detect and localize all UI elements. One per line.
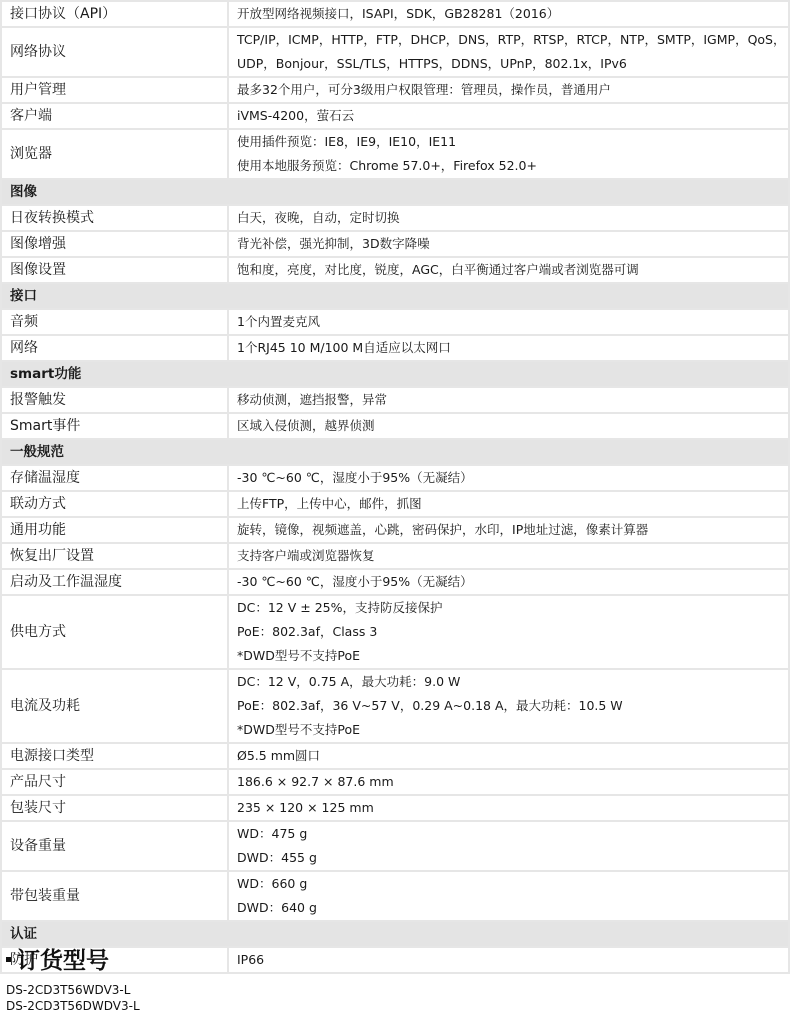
spec-label: Smart事件 [1,413,228,439]
table-row: 电流及功耗DC：12 V，0.75 A，最大功耗：9.0 WPoE：802.3a… [1,669,789,743]
table-row: 包装尺寸235 × 120 × 125 mm [1,795,789,821]
table-row: 音频1个内置麦克风 [1,309,789,335]
spec-value: 最多32个用户，可分3级用户权限管理：管理员，操作员，普通用户 [228,77,789,103]
table-row: 启动及工作温湿度-30 ℃~60 ℃，湿度小于95%（无凝结） [1,569,789,595]
spec-label: 电源接口类型 [1,743,228,769]
order-title: 订货型号 [6,946,140,976]
spec-value: Ø5.5 mm圆口 [228,743,789,769]
spec-label: 客户端 [1,103,228,129]
spec-label: 图像增强 [1,231,228,257]
spec-value: 白天，夜晚，自动，定时切换 [228,205,789,231]
spec-value-line: 186.6 × 92.7 × 87.6 mm [237,770,788,794]
spec-value-line: 饱和度，亮度，对比度，锐度，AGC，白平衡通过客户端或者浏览器可调 [237,258,788,282]
spec-value: 支持客户端或浏览器恢复 [228,543,789,569]
table-row: 网络协议TCP/IP，ICMP，HTTP，FTP，DHCP，DNS，RTP，RT… [1,27,789,77]
table-row: 产品尺寸186.6 × 92.7 × 87.6 mm [1,769,789,795]
spec-value-line: iVMS-4200，萤石云 [237,104,788,128]
section-header-row: 接口 [1,283,789,309]
spec-label: 包装尺寸 [1,795,228,821]
spec-value-line: TCP/IP，ICMP，HTTP，FTP，DHCP，DNS，RTP，RTSP，R… [237,28,788,52]
section-header-row: 认证 [1,921,789,947]
spec-value-line: PoE：802.3af，36 V~57 V，0.29 A~0.18 A，最大功耗… [237,694,788,718]
spec-label: 通用功能 [1,517,228,543]
spec-value: 移动侦测，遮挡报警，异常 [228,387,789,413]
spec-value-line: 上传FTP，上传中心，邮件，抓图 [237,492,788,516]
section-title: 认证 [1,921,789,947]
spec-value: 1个RJ45 10 M/100 M自适应以太网口 [228,335,789,361]
spec-value-line: -30 ℃~60 ℃，湿度小于95%（无凝结） [237,466,788,490]
spec-value-line: 开放型网络视频接口，ISAPI，SDK，GB28281（2016） [237,2,788,26]
spec-label: 设备重量 [1,821,228,871]
spec-value: 旋转，镜像，视频遮盖，心跳，密码保护，水印，IP地址过滤，像素计算器 [228,517,789,543]
table-row: 设备重量WD：475 gDWD：455 g [1,821,789,871]
section-title: 一般规范 [1,439,789,465]
spec-value: TCP/IP，ICMP，HTTP，FTP，DHCP，DNS，RTP，RTSP，R… [228,27,789,77]
table-row: 用户管理最多32个用户，可分3级用户权限管理：管理员，操作员，普通用户 [1,77,789,103]
spec-value: IP66 [228,947,789,973]
spec-value: 使用插件预览：IE8，IE9，IE10，IE11使用本地服务预览：Chrome … [228,129,789,179]
table-row: 供电方式DC：12 V ± 25%，支持防反接保护PoE：802.3af，Cla… [1,595,789,669]
spec-value-line: WD：475 g [237,822,788,846]
spec-value-line: 235 × 120 × 125 mm [237,796,788,820]
spec-value: 饱和度，亮度，对比度，锐度，AGC，白平衡通过客户端或者浏览器可调 [228,257,789,283]
spec-value-line: PoE：802.3af，Class 3 [237,620,788,644]
spec-value: DC：12 V，0.75 A，最大功耗：9.0 WPoE：802.3af，36 … [228,669,789,743]
table-row: 日夜转换模式白天，夜晚，自动，定时切换 [1,205,789,231]
table-row: 带包装重量WD：660 gDWD：640 g [1,871,789,921]
spec-table: 接口协议（API）开放型网络视频接口，ISAPI，SDK，GB28281（201… [0,0,790,974]
spec-value: -30 ℃~60 ℃，湿度小于95%（无凝结） [228,569,789,595]
spec-value-line: 白天，夜晚，自动，定时切换 [237,206,788,230]
section-title: 接口 [1,283,789,309]
spec-label: 网络协议 [1,27,228,77]
spec-value: 186.6 × 92.7 × 87.6 mm [228,769,789,795]
spec-label: 接口协议（API） [1,1,228,27]
spec-value: DC：12 V ± 25%，支持防反接保护PoE：802.3af，Class 3… [228,595,789,669]
spec-value-line: 区域入侵侦测，越界侦测 [237,414,788,438]
spec-value-line: 支持客户端或浏览器恢复 [237,544,788,568]
spec-value-line: 1个RJ45 10 M/100 M自适应以太网口 [237,336,788,360]
table-row: 图像增强背光补偿，强光抑制，3D数字降噪 [1,231,789,257]
spec-value: 背光补偿，强光抑制，3D数字降噪 [228,231,789,257]
table-row: 通用功能旋转，镜像，视频遮盖，心跳，密码保护，水印，IP地址过滤，像素计算器 [1,517,789,543]
table-row: 图像设置饱和度，亮度，对比度，锐度，AGC，白平衡通过客户端或者浏览器可调 [1,257,789,283]
spec-value: WD：475 gDWD：455 g [228,821,789,871]
spec-label: 联动方式 [1,491,228,517]
spec-value: WD：660 gDWD：640 g [228,871,789,921]
spec-value-line: 使用插件预览：IE8，IE9，IE10，IE11 [237,130,788,154]
spec-value-line: DWD：640 g [237,896,788,920]
table-row: 恢复出厂设置支持客户端或浏览器恢复 [1,543,789,569]
spec-value-line: *DWD型号不支持PoE [237,718,788,742]
spec-label: 带包装重量 [1,871,228,921]
table-row: 网络1个RJ45 10 M/100 M自适应以太网口 [1,335,789,361]
spec-value-line: Ø5.5 mm圆口 [237,744,788,768]
spec-value-line: UDP，Bonjour，SSL/TLS，HTTPS，DDNS，UPnP，802.… [237,52,788,76]
spec-value-line: 最多32个用户，可分3级用户权限管理：管理员，操作员，普通用户 [237,78,788,102]
model-item: DS-2CD3T56DWDV3-L [6,998,140,1014]
spec-label: 日夜转换模式 [1,205,228,231]
table-row: 浏览器使用插件预览：IE8，IE9，IE10，IE11使用本地服务预览：Chro… [1,129,789,179]
spec-value-line: 旋转，镜像，视频遮盖，心跳，密码保护，水印，IP地址过滤，像素计算器 [237,518,788,542]
table-row: Smart事件区域入侵侦测，越界侦测 [1,413,789,439]
model-item: DS-2CD3T56WDV3-L [6,982,140,998]
table-row: 存储温湿度-30 ℃~60 ℃，湿度小于95%（无凝结） [1,465,789,491]
spec-value: iVMS-4200，萤石云 [228,103,789,129]
table-row: 客户端iVMS-4200，萤石云 [1,103,789,129]
spec-label: 图像设置 [1,257,228,283]
spec-label: 存储温湿度 [1,465,228,491]
spec-value-line: *DWD型号不支持PoE [237,644,788,668]
spec-value-line: DC：12 V，0.75 A，最大功耗：9.0 W [237,670,788,694]
spec-value: -30 ℃~60 ℃，湿度小于95%（无凝结） [228,465,789,491]
spec-label: 电流及功耗 [1,669,228,743]
section-title: smart功能 [1,361,789,387]
spec-label: 供电方式 [1,595,228,669]
spec-label: 产品尺寸 [1,769,228,795]
spec-label: 报警触发 [1,387,228,413]
spec-value: 开放型网络视频接口，ISAPI，SDK，GB28281（2016） [228,1,789,27]
spec-value-line: 使用本地服务预览：Chrome 57.0+，Firefox 52.0+ [237,154,788,178]
spec-label: 音频 [1,309,228,335]
spec-label: 恢复出厂设置 [1,543,228,569]
section-header-row: 图像 [1,179,789,205]
spec-value-line: IP66 [237,948,788,972]
model-list: DS-2CD3T56WDV3-L DS-2CD3T56DWDV3-L [6,982,140,1014]
spec-value: 区域入侵侦测，越界侦测 [228,413,789,439]
order-section: 订货型号 DS-2CD3T56WDV3-L DS-2CD3T56DWDV3-L [6,946,140,1014]
table-row: 报警触发移动侦测，遮挡报警，异常 [1,387,789,413]
spec-value: 1个内置麦克风 [228,309,789,335]
table-row: 电源接口类型Ø5.5 mm圆口 [1,743,789,769]
spec-value-line: WD：660 g [237,872,788,896]
table-row: 接口协议（API）开放型网络视频接口，ISAPI，SDK，GB28281（201… [1,1,789,27]
spec-value-line: 移动侦测，遮挡报警，异常 [237,388,788,412]
spec-label: 用户管理 [1,77,228,103]
section-title: 图像 [1,179,789,205]
spec-value-line: 1个内置麦克风 [237,310,788,334]
spec-value-line: DC：12 V ± 25%，支持防反接保护 [237,596,788,620]
spec-value-line: 背光补偿，强光抑制，3D数字降噪 [237,232,788,256]
spec-label: 启动及工作温湿度 [1,569,228,595]
spec-label: 网络 [1,335,228,361]
spec-value-line: DWD：455 g [237,846,788,870]
spec-label: 浏览器 [1,129,228,179]
spec-value: 235 × 120 × 125 mm [228,795,789,821]
spec-table-body: 接口协议（API）开放型网络视频接口，ISAPI，SDK，GB28281（201… [1,1,789,973]
order-title-text: 订货型号 [17,948,109,974]
table-row: 联动方式上传FTP，上传中心，邮件，抓图 [1,491,789,517]
bullet-icon [6,957,11,962]
spec-value: 上传FTP，上传中心，邮件，抓图 [228,491,789,517]
section-header-row: smart功能 [1,361,789,387]
section-header-row: 一般规范 [1,439,789,465]
spec-value-line: -30 ℃~60 ℃，湿度小于95%（无凝结） [237,570,788,594]
